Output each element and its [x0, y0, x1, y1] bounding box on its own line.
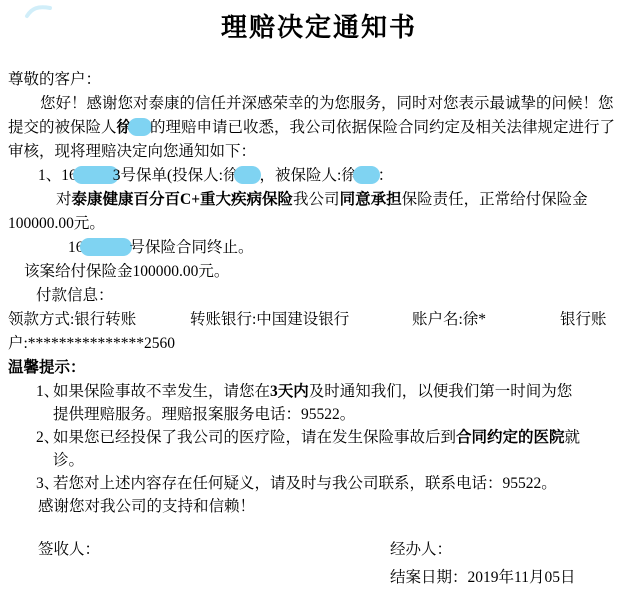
- product-name: 泰康健康百分百C+重大疾病保险: [72, 191, 294, 208]
- payment-info-row: 领款方式:银行转账 转账银行:中国建设银行 账户名:徐* 银行账: [8, 308, 630, 332]
- benefit-mid: 我公司: [293, 191, 340, 208]
- payment-info-heading: 付款信息：: [8, 284, 630, 308]
- contract-termination-line: 16号保险合同终止。: [8, 236, 630, 260]
- benefit-post: 保险责任，正常给付保险金: [402, 191, 588, 208]
- tip-1-number: 1、: [36, 380, 59, 403]
- tip-2-text-post: 就: [565, 429, 581, 446]
- account-holder-name: 账户名:徐*: [412, 308, 486, 332]
- tip-2-line-2: 诊。: [8, 449, 630, 472]
- bank-account-label-part: 银行账: [560, 308, 607, 332]
- tip-2-text-pre: 如果您已经投保了我公司的医疗险，请在发生保险事故后到: [53, 429, 456, 446]
- colon: ：: [378, 167, 394, 184]
- tip-1-bold: 3天内: [270, 383, 309, 400]
- agree-to-bear: 同意承担: [340, 191, 402, 208]
- intro-line-1: 您好！感谢您对泰康的信任并深感荣幸的为您服务，同时对您表示最诚挚的问候！您: [8, 92, 630, 116]
- tip-3-number: 3、: [36, 472, 59, 495]
- list-number: 1、: [38, 167, 61, 184]
- pen-mark-icon: [24, 3, 54, 21]
- claim-decision-notice-document: 理赔决定通知书 尊敬的客户： 您好！感谢您对泰康的信任并深感荣幸的为您服务，同时…: [0, 0, 638, 594]
- tips-heading: 温馨提示：: [8, 356, 630, 380]
- redaction-policy-number-2: [80, 238, 132, 256]
- tip-1-text-pre: 如果保险事故不幸发生，请您在: [53, 383, 270, 400]
- insured-label: ，被保险人:徐: [259, 167, 356, 184]
- close-date-value: 2019年11月05日: [468, 569, 576, 586]
- payment-method: 领款方式:银行转账: [8, 308, 136, 332]
- tip-item-2: 2、如果您已经投保了我公司的医疗险，请在发生保险事故后到合同约定的医院就: [8, 426, 630, 449]
- policy-decision-line: 1、163号保单(投保人:徐，被保险人:徐：: [8, 164, 630, 188]
- thanks-line: 感谢您对我公司的支持和信赖！: [8, 495, 630, 518]
- salutation: 尊敬的客户：: [8, 68, 630, 92]
- policy-label: 3号保单(投保人:徐: [113, 167, 239, 184]
- intro-line-3: 审核，现将理赔决定向您通知如下：: [8, 140, 630, 164]
- close-date-line: 结案日期：2019年11月05日: [390, 566, 575, 590]
- intro-line-2-post: 的理赔申请已收悉，我公司依据保险合同约定及相关法律规定进行了: [150, 119, 615, 136]
- tip-item-1: 1、如果保险事故不幸发生，请您在3天内及时通知我们，以便我们第一时间为您: [8, 380, 630, 403]
- redaction-insured-name-2: [353, 166, 380, 184]
- benefit-amount-line: 100000.00元。: [8, 212, 630, 236]
- bank-account-number: 户:***************2560: [8, 332, 630, 356]
- intro-line-2-pre: 提交的被保险人: [8, 119, 117, 136]
- termination-text: 号保险合同终止。: [130, 239, 254, 256]
- intro-line-2: 提交的被保险人徐的理赔申请已收悉，我公司依据保险合同约定及相关法律规定进行了: [8, 116, 630, 140]
- redaction-insured-name: [128, 118, 152, 136]
- tip-2-bold: 合同约定的医院: [456, 429, 565, 446]
- close-date-label: 结案日期：: [390, 569, 468, 586]
- tip-item-3: 3、若您对上述内容存在任何疑义，请及时与我公司联系，联系电话：95522。: [8, 472, 630, 495]
- signee-label: 签收人：: [38, 538, 100, 562]
- transfer-bank: 转账银行:中国建设银行: [190, 308, 349, 332]
- tip-2-number: 2、: [36, 426, 59, 449]
- tips-list: 1、如果保险事故不幸发生，请您在3天内及时通知我们，以便我们第一时间为您 提供理…: [8, 380, 630, 518]
- case-total-line: 该案给付保险金100000.00元。: [8, 260, 630, 284]
- tip-3-text: 若您对上述内容存在任何疑义，请及时与我公司联系，联系电话：95522。: [53, 475, 557, 492]
- benefit-decision-line: 对泰康健康百分百C+重大疾病保险我公司同意承担保险责任，正常给付保险金: [8, 188, 630, 212]
- benefit-pre: 对: [56, 191, 72, 208]
- document-title: 理赔决定通知书: [8, 0, 630, 44]
- tip-1-line-2: 提供理赔服务。理赔报案服务电话：95522。: [8, 403, 630, 426]
- redaction-applicant-name: [234, 166, 261, 184]
- handler-label: 经办人：: [390, 538, 452, 562]
- tip-1-text-post: 及时通知我们，以便我们第一时间为您: [309, 383, 573, 400]
